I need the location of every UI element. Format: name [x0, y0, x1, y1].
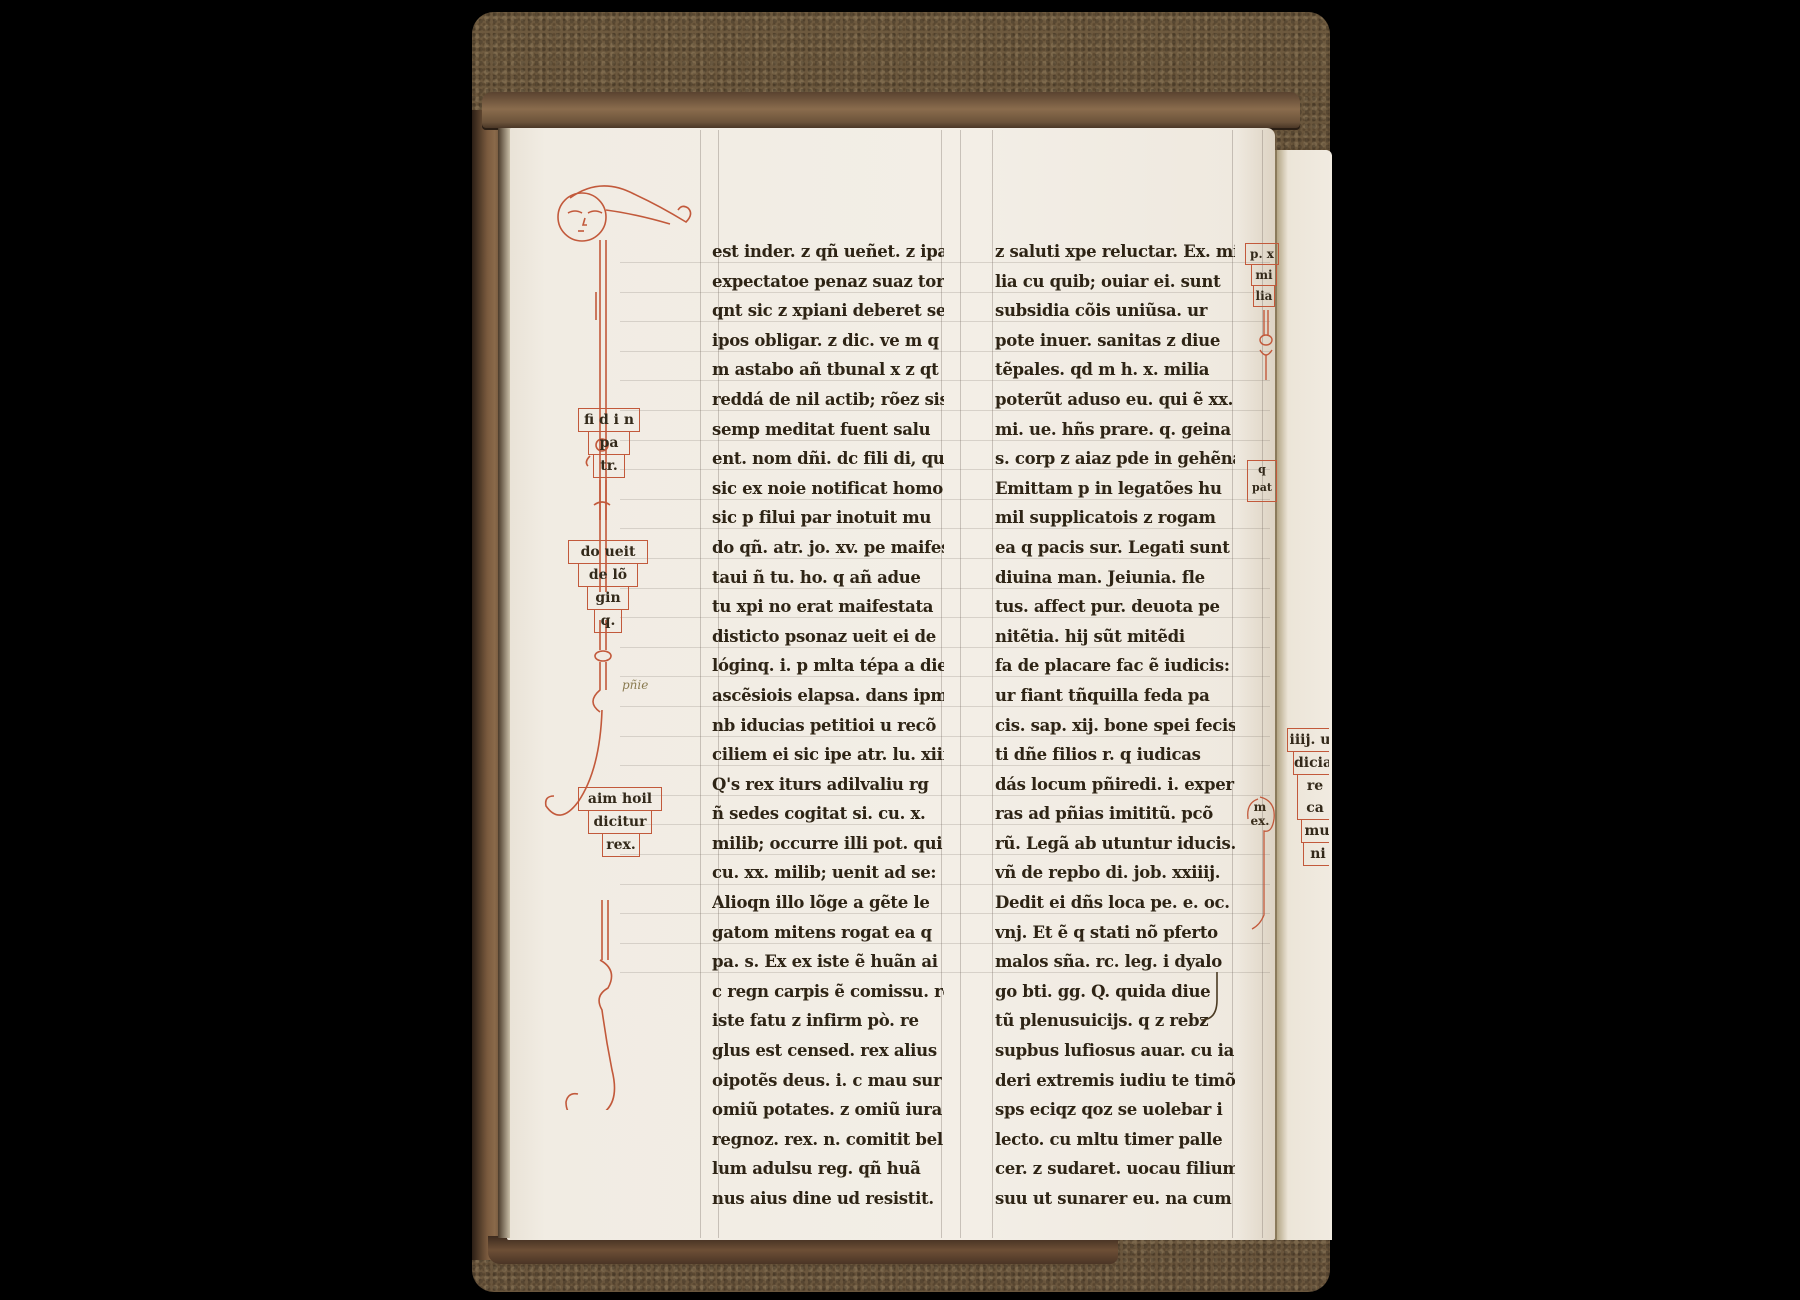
- text-line: ciliem ei sic ipe atr. lu. xiiij.: [712, 740, 944, 770]
- ruling-line: [992, 130, 993, 1238]
- marginal-note-right-2: q pat: [1247, 460, 1277, 502]
- marginal-note-left-2: do ueit de lõ gin q.: [568, 540, 648, 633]
- note-line: fi d i n: [579, 409, 639, 431]
- ruling-line: [960, 130, 961, 1238]
- cover-turn-in-bottom: [488, 1236, 1118, 1264]
- text-line: mil supplicatois z rogam: [995, 503, 1235, 533]
- text-line: lecto. cu mltu timer palle: [995, 1125, 1235, 1155]
- text-line: cer. z sudaret. uocau filium: [995, 1154, 1235, 1184]
- text-line: dás locum pñiredi. i. exper: [995, 770, 1235, 800]
- note-box: aim hoil: [578, 787, 662, 811]
- text-line: cis. sap. xij. bone spei fecis: [995, 711, 1235, 741]
- text-line: ascẽsiois elapsa. dans ipm: [712, 681, 944, 711]
- text-line: m astabo añ tbunal x z qt: [712, 355, 944, 385]
- note-box: mu: [1301, 820, 1329, 843]
- text-line: diuina man. Jeiunia. fle: [995, 563, 1235, 593]
- note-line: p. x: [1246, 244, 1278, 264]
- note-box: rex.: [602, 834, 640, 857]
- marginal-flourish-right-ex: [1240, 795, 1280, 935]
- text-line: regnoz. rex. n. comitit bel: [712, 1125, 944, 1155]
- text-line: gatom mitens rogat ea q: [712, 918, 944, 948]
- note-line: q: [1248, 461, 1276, 479]
- text-line: iste fatu z infirm pò. re: [712, 1006, 944, 1036]
- text-line: sic ex noie notificat homo.: [712, 474, 944, 504]
- note-line: iiij. u: [1288, 729, 1329, 751]
- decorated-initial-flourish: [540, 180, 720, 1110]
- text-line: vnj. Et ẽ q stati nõ pferto: [995, 918, 1235, 948]
- note-line: gin: [588, 587, 628, 609]
- text-line: Q's rex iturs adilvaliu rg: [712, 770, 944, 800]
- text-line: disticto psonaz ueit ei de: [712, 622, 944, 652]
- note-line: dicia: [1294, 752, 1329, 774]
- text-line: est inder. z qñ ueñet. z ipa: [712, 237, 944, 267]
- text-line: lum adulsu reg. qñ huã: [712, 1154, 944, 1184]
- note-line: aim hoil: [579, 788, 661, 810]
- text-line: Emittam p in legatões hu: [995, 474, 1235, 504]
- text-line: pa. s. Ex ex iste ẽ huãn ai: [712, 947, 944, 977]
- note-box: dicitur: [588, 811, 652, 834]
- marginal-flourish-right: [1252, 310, 1282, 390]
- note-line: pat: [1248, 479, 1276, 497]
- note-line: tr.: [594, 455, 624, 477]
- note-box: pa: [588, 432, 630, 455]
- text-line: nitẽtia. hij sũt mitẽdi: [995, 622, 1235, 652]
- text-line: ipos obligar. z dic. ve m q: [712, 326, 944, 356]
- note-box: lia: [1253, 286, 1275, 307]
- text-line: oipotẽs deus. i. c mau sur: [712, 1066, 944, 1096]
- marginal-note-left-1: fi d i n pa tr.: [578, 408, 640, 478]
- text-line: sps eciqz qoz se uolebar i: [995, 1095, 1235, 1125]
- note-line: lia: [1254, 286, 1274, 306]
- text-line: subsidia cõis uniũsa. ur: [995, 296, 1235, 326]
- text-line: cu. xx. milib; uenit ad se:: [712, 858, 944, 888]
- text-line: Alioqn illo lõge a gẽte le: [712, 888, 944, 918]
- text-line: tus. affect pur. deuota pe: [995, 592, 1235, 622]
- note-line: re ca: [1298, 775, 1329, 819]
- note-box: p. x: [1245, 243, 1279, 265]
- text-line: tẽpales. qd m h. x. milia: [995, 355, 1235, 385]
- text-line: ti dñe filios r. q iudicas: [995, 740, 1235, 770]
- text-line: deri extremis iudiu te timõ: [995, 1066, 1235, 1096]
- cover-turn-in-top: [482, 92, 1300, 130]
- note-box: re ca: [1297, 775, 1329, 820]
- text-column-right: z saluti xpe reluctar. Ex. milia cu quib…: [995, 237, 1235, 1214]
- note-line: do ueit: [569, 541, 647, 563]
- facing-leaf-note: iiij. u dicia re ca mu ni: [1287, 728, 1329, 866]
- text-line: nb iducias petitioi u recõ: [712, 711, 944, 741]
- text-line: Dedit ei dñs loca pe. e. oc.: [995, 888, 1235, 918]
- text-line: s. corp z aiaz pde in gehẽna.: [995, 444, 1235, 474]
- note-line: de lõ: [579, 564, 637, 586]
- note-line: dicitur: [589, 811, 651, 833]
- text-line: ea q pacis sur. Legati sunt: [995, 533, 1235, 563]
- note-line: rex.: [603, 834, 639, 856]
- text-line: glus est censed. rex alius: [712, 1036, 944, 1066]
- text-line: lóginq. i. p mlta tépa a die: [712, 651, 944, 681]
- text-line: rũ. Legã ab utuntur iducis.: [995, 829, 1235, 859]
- text-line: tu xpi no erat maifestata: [712, 592, 944, 622]
- text-line: lia cu quib; ouiar ei. sunt: [995, 267, 1235, 297]
- text-line: suu ut sunarer eu. na cum: [995, 1184, 1235, 1214]
- text-line: pote inuer. sanitas z diue: [995, 326, 1235, 356]
- text-line: poterũt aduso eu. qui ẽ xx.: [995, 385, 1235, 415]
- text-line: expectatoe penaz suaz tor: [712, 267, 944, 297]
- text-line: qnt sic z xpiani deberet se: [712, 296, 944, 326]
- line-end-flourish: [1195, 972, 1225, 1032]
- note-line: mu: [1302, 820, 1329, 842]
- text-line: supbus lufiosus auar. cu ia: [995, 1036, 1235, 1066]
- facing-leaf-edge: [1275, 150, 1332, 1240]
- text-line: ur fiant tñquilla feda pa: [995, 681, 1235, 711]
- text-line: nus aius dine ud resistit.: [712, 1184, 944, 1214]
- note-box: q.: [594, 610, 622, 633]
- note-box: fi d i n: [578, 408, 640, 432]
- text-line: ñ sedes cogitat si. cu. x.: [712, 799, 944, 829]
- marginal-note-right-1: p. x mi lia: [1245, 243, 1279, 307]
- note-line: q.: [595, 610, 621, 632]
- note-line: mi: [1252, 265, 1276, 285]
- text-line: c regn carpis ẽ comissu. rex: [712, 977, 944, 1007]
- note-box: tr.: [593, 455, 625, 478]
- note-box: de lõ: [578, 564, 638, 587]
- text-line: sic p filui par inotuit mu: [712, 503, 944, 533]
- note-box: gin: [587, 587, 629, 610]
- note-box: do ueit: [568, 540, 648, 564]
- text-line: z saluti xpe reluctar. Ex. mi: [995, 237, 1235, 267]
- marginal-note-left-3: aim hoil dicitur rex.: [578, 787, 662, 857]
- text-line: omiũ potates. z omiũ iura: [712, 1095, 944, 1125]
- text-column-left: est inder. z qñ ueñet. z ipaexpectatoe p…: [712, 237, 944, 1214]
- text-line: ras ad pñias imititũ. pcõ: [995, 799, 1235, 829]
- note-box: ni: [1303, 843, 1329, 866]
- text-line: mi. ue. hñs prare. q. geina: [995, 415, 1235, 445]
- text-line: fa de placare fac ẽ iudicis:: [995, 651, 1235, 681]
- text-line: taui ñ tu. ho. q añ adue: [712, 563, 944, 593]
- text-line: ent. nom dñi. dc fili di, quia: [712, 444, 944, 474]
- note-box: q pat: [1247, 460, 1277, 502]
- text-line: reddá de nil actib; rõez sis: [712, 385, 944, 415]
- note-line: pa: [589, 432, 629, 454]
- note-box: iiij. u: [1287, 728, 1329, 752]
- text-line: milib; occurre illi pot. qui: [712, 829, 944, 859]
- text-line: semp meditat fuent salu: [712, 415, 944, 445]
- note-box: mi: [1251, 265, 1277, 286]
- text-line: vñ de repbo di. job. xxiiij.: [995, 858, 1235, 888]
- note-box: dicia: [1293, 752, 1329, 775]
- marginal-annotation: pñie: [622, 678, 648, 692]
- text-line: do qñ. atr. jo. xv. pe maifes: [712, 533, 944, 563]
- gutter-shadow: [498, 128, 510, 1238]
- note-line: ni: [1304, 843, 1329, 865]
